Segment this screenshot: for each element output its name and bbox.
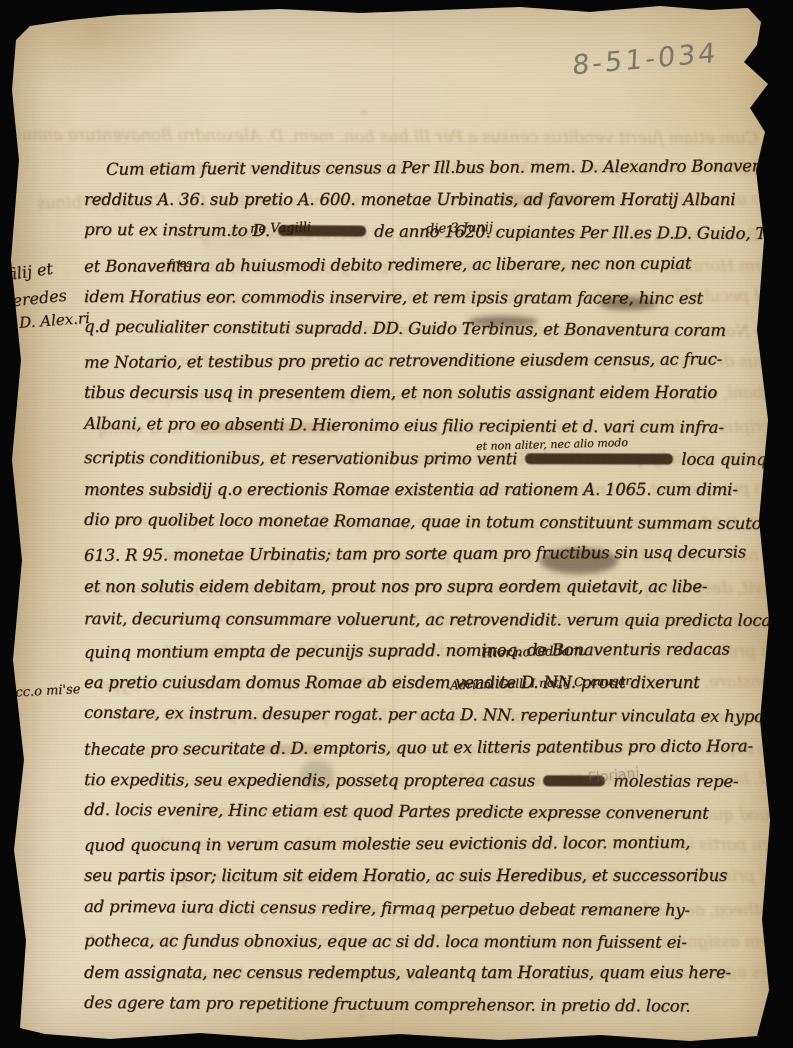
interlinear-note: die 3 Junij (426, 220, 493, 237)
marginal-note: heredes (1, 286, 67, 312)
manuscript-line: Cum etiam fuerit venditus census a Per I… (84, 119, 780, 155)
manuscript-line: dem assignata, nec census redemptus, val… (84, 957, 780, 989)
manuscript-text: des agere tam pro repetitione fructuum c… (84, 993, 690, 1016)
manuscript-text: redditus A. 36. sub pretio A. 600. monet… (84, 190, 735, 209)
manuscript-line: Albani, et pro eo absenti D. Hieronimo e… (84, 407, 780, 443)
manuscript-text: me Notario, et testibus pro pretio ac re… (84, 350, 722, 372)
manuscript-line: thecate pro securitate d. D. emptoris, q… (84, 730, 780, 766)
manuscript-text: dio pro quolibet loco monetae Romanae, q… (84, 510, 772, 533)
manuscript-text: scriptis conditionibus, et reservationib… (84, 448, 522, 468)
interlinear-note: fr.es (168, 257, 192, 271)
manuscript-line: me Notario, et testibus pro pretio ac re… (84, 343, 780, 379)
manuscript-text: ravit, decuriumq consummare voluerunt, a… (84, 609, 771, 630)
manuscript-line: quinq montium empta de pecunijs supradd.… (84, 633, 780, 669)
manuscript-text: loca quinq (676, 449, 766, 468)
marginal-note: q. D. Alex.ri (0, 309, 90, 333)
manuscript-text: q.d peculialiter constituti supradd. DD.… (84, 317, 726, 340)
manuscript-text-block: Cum etiam fuerit venditus census a Per I… (84, 152, 780, 1021)
manuscript-text: seu partis ipsor; licitum sit eidem Hora… (84, 866, 727, 885)
manuscript-line: tio expeditis, seu expediendis, possetq … (84, 764, 780, 798)
manuscript-text: ad primeva iura dicti census redire, fir… (84, 897, 690, 920)
manuscript-text: idem Horatius eor. commodis inservire, e… (84, 287, 703, 308)
manuscript-line: tibus decursis usq in presentem diem, et… (84, 377, 780, 409)
manuscript-text: Albani, et pro eo absenti D. Hieronimo e… (84, 413, 724, 436)
manuscript-text: 613. R 95. monetae Urbinatis; tam pro so… (84, 543, 746, 565)
manuscript-text: Cum etiam fuerit venditus census a Per I… (17, 125, 758, 148)
scanned-manuscript-page: 8-51-034 Cum etiam fuerit venditus censu… (0, 0, 793, 1048)
interlinear-note: Hier.no Oddam. (482, 644, 586, 662)
manuscript-text: tibus decursis usq in presentem diem, et… (84, 383, 717, 402)
manuscript-line: ravit, decuriumq consummare voluerunt, a… (84, 603, 780, 637)
manuscript-line: des agere tam pro repetitione fructuum c… (84, 987, 780, 1023)
foxing-spots (0, 0, 4, 4)
manuscript-line: montes subsidij q.o erectionis Romae exi… (84, 474, 780, 506)
manuscript-text: pro ut ex instrum.to D. (84, 220, 275, 240)
manuscript-text: et non solutis eidem debitam, prout nos … (84, 577, 707, 596)
manuscript-line: constare, ex instrum. desuper rogat. per… (84, 697, 780, 733)
manuscript-paper-sheet: 8-51-034 Cum etiam fuerit venditus censu… (0, 0, 793, 1048)
manuscript-line: scriptis conditionibus, et reservationib… (84, 442, 780, 476)
interlinear-note: ne Vagilli (250, 220, 311, 237)
manuscript-line: 613. R 95. monetae Urbinatis; tam pro so… (84, 537, 780, 573)
manuscript-line: seu partis ipsor; licitum sit eidem Hora… (84, 860, 780, 892)
manuscript-text: dem assignata, nec census redemptus, val… (84, 963, 731, 982)
manuscript-line: ea pretio cuiusdam domus Romae ab eisdem… (84, 667, 780, 699)
marginal-note: Acc.o mi'se (6, 682, 81, 701)
manuscript-line: Cum etiam fuerit venditus census a Per I… (84, 150, 780, 186)
manuscript-text: quinq montium empta de pecunijs supradd.… (84, 639, 730, 661)
manuscript-line: q.d peculialiter constituti supradd. DD.… (84, 311, 780, 347)
manuscript-text: constare, ex instrum. desuper rogat. per… (84, 703, 769, 726)
strikethrough-ink-blot (525, 453, 673, 464)
archival-number-pencil: 8-51-034 (571, 37, 719, 81)
manuscript-line: redditus A. 36. sub pretio A. 600. monet… (84, 184, 780, 216)
manuscript-text: dd. locis evenire, Hinc etiam est quod P… (84, 800, 709, 823)
manuscript-text: potheca, ac fundus obnoxius, eque ac si … (84, 931, 687, 952)
manuscript-text: quod quocunq in verum casum molestie seu… (84, 833, 690, 855)
manuscript-line: et non solutis eidem debitam, prout nos … (84, 571, 780, 603)
manuscript-line: dd. locis evenire, Hinc etiam est quod P… (84, 794, 780, 830)
manuscript-line: ad primeva iura dicti census redire, fir… (84, 891, 780, 927)
manuscript-line: potheca, ac fundus obnoxius, eque ac si … (84, 925, 780, 959)
manuscript-line: idem Horatius eor. commodis inservire, e… (84, 281, 780, 315)
manuscript-text: Cum etiam fuerit venditus census a Per I… (106, 156, 793, 179)
manuscript-line: quod quocunq in verum casum molestie seu… (84, 826, 780, 862)
manuscript-text: tio expeditis, seu expediendis, possetq … (84, 770, 540, 790)
manuscript-text: montes subsidij q.o erectionis Romae exi… (84, 480, 738, 499)
marginal-note: filij et (5, 259, 54, 284)
manuscript-text: thecate pro securitate d. D. emptoris, q… (84, 736, 753, 759)
manuscript-line: dio pro quolibet loco monetae Romanae, q… (84, 504, 780, 540)
